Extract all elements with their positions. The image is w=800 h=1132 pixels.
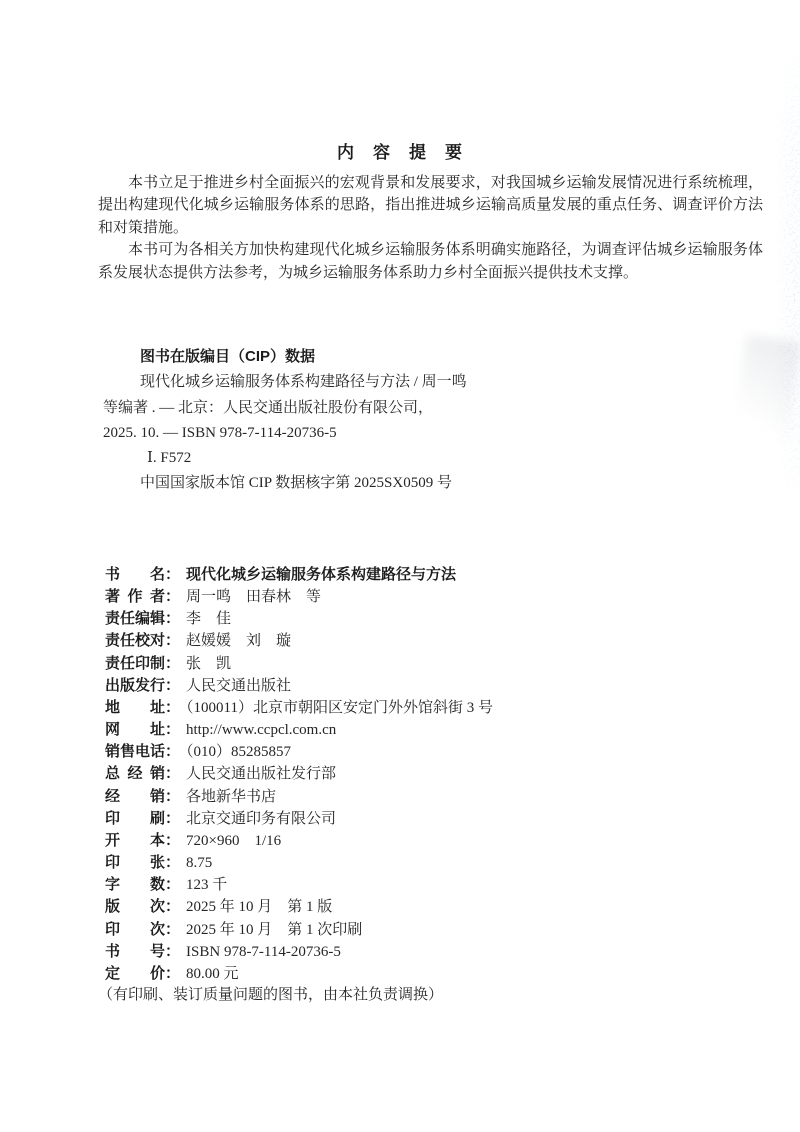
summary-body: 本书立足于推进乡村全面振兴的宏观背景和发展要求，对我国城乡运输发展情况进行系统梳… — [98, 172, 763, 284]
colophon-row-label: 印刷 — [105, 808, 165, 829]
colophon-row: 定价：80.00 元 — [105, 963, 765, 985]
colophon-row-value: 123 千 — [186, 877, 227, 893]
colophon-row-colon: ： — [165, 854, 180, 871]
cip-line: 2025. 10. — ISBN 978-7-114-20736-5 — [103, 421, 743, 446]
scan-edge-noise-inner — [774, 26, 800, 506]
colophon-row: 印张：8.75 — [105, 852, 765, 874]
colophon-row-label: 地址 — [105, 697, 165, 718]
colophon-row-colon: ： — [165, 721, 180, 738]
colophon-row-value: 各地新华书店 — [186, 789, 276, 805]
colophon-row-label: 著作者 — [105, 586, 165, 607]
colophon-row-label: 责任校对 — [105, 630, 165, 651]
colophon-row-colon: ： — [165, 632, 180, 649]
colophon-row-value: 8.75 — [186, 855, 212, 871]
colophon-row-label: 销售电话 — [105, 741, 165, 762]
colophon-row-colon: ： — [165, 677, 180, 694]
colophon-row: 责任校对：赵媛媛 刘 璇 — [105, 630, 765, 652]
colophon-row: 书名：现代化城乡运输服务体系构建路径与方法 — [105, 564, 765, 586]
copyright-page: 内 容 提 要 本书立足于推进乡村全面振兴的宏观背景和发展要求，对我国城乡运输发… — [0, 0, 800, 1132]
colophon-row-colon: ： — [165, 788, 180, 805]
colophon-row: 出版发行：人民交通出版社 — [105, 675, 765, 697]
colophon-row: 网址：http://www.ccpcl.com.cn — [105, 719, 765, 741]
colophon-row: 印刷：北京交通印务有限公司 — [105, 808, 765, 830]
colophon-row-colon: ： — [165, 921, 180, 938]
cip-line: 等编著 . — 北京：人民交通出版社股份有限公司， — [103, 396, 743, 421]
summary-paragraph: 本书立足于推进乡村全面振兴的宏观背景和发展要求，对我国城乡运输发展情况进行系统梳… — [98, 172, 763, 239]
colophon-row: 印次：2025 年 10 月 第 1 次印刷 — [105, 919, 765, 941]
colophon-row-colon: ： — [165, 832, 180, 849]
colophon-row-label: 字数 — [105, 874, 165, 895]
colophon-row-value: 80.00 元 — [186, 966, 239, 982]
colophon-row-value: 现代化城乡运输服务体系构建路径与方法 — [186, 566, 456, 583]
colophon-row-colon: ： — [165, 566, 180, 583]
colophon-row-colon: ： — [165, 898, 180, 915]
cip-line: Ⅰ. F572 — [103, 446, 743, 471]
cip-block: 图书在版编目（CIP）数据 现代化城乡运输服务体系构建路径与方法 / 周一鸣等编… — [103, 344, 743, 497]
colophon-row: 字数：123 千 — [105, 874, 765, 896]
colophon-row-value: http://www.ccpcl.com.cn — [186, 722, 336, 738]
colophon-row: 著作者：周一鸣 田春林 等 — [105, 586, 765, 608]
colophon-row-label: 定价 — [105, 963, 165, 984]
colophon-row: 总经销：人民交通出版社发行部 — [105, 763, 765, 785]
colophon-row-value: 人民交通出版社 — [186, 678, 291, 694]
colophon-row: 开本：720×960 1/16 — [105, 830, 765, 852]
cip-line: 中国国家版本馆 CIP 数据核字第 2025SX0509 号 — [103, 471, 743, 496]
colophon-row-value: 周一鸣 田春林 等 — [186, 589, 321, 605]
summary-paragraph: 本书可为各相关方加快构建现代化城乡运输服务体系明确实施路径，为调查评估城乡运输服… — [98, 239, 763, 284]
summary-title: 内 容 提 要 — [0, 138, 800, 163]
colophon-block: 书名：现代化城乡运输服务体系构建路径与方法著作者：周一鸣 田春林 等责任编辑：李… — [105, 564, 765, 1006]
cip-lines: 现代化城乡运输服务体系构建路径与方法 / 周一鸣等编著 . — 北京：人民交通出… — [103, 370, 743, 496]
colophon-row-value: 张 凯 — [186, 656, 231, 672]
colophon-row-value: ISBN 978-7-114-20736-5 — [186, 944, 341, 960]
colophon-row-value: 2025 年 10 月 第 1 版 — [186, 899, 332, 915]
colophon-row-colon: ： — [165, 699, 180, 716]
colophon-row-colon: ： — [165, 876, 180, 893]
colophon-row-value: （010）85285857 — [186, 744, 291, 760]
colophon-row-label: 印张 — [105, 852, 165, 873]
colophon-row-colon: ： — [165, 810, 180, 827]
colophon-row-colon: ： — [165, 965, 180, 982]
colophon-row: 地址：（100011）北京市朝阳区安定门外外馆斜街 3 号 — [105, 697, 765, 719]
colophon-row-colon: ： — [165, 743, 180, 760]
colophon-row-label: 责任印制 — [105, 653, 165, 674]
colophon-row-label: 书号 — [105, 941, 165, 962]
colophon-row: 经销：各地新华书店 — [105, 786, 765, 808]
colophon-row-label: 印次 — [105, 919, 165, 940]
colophon-row: 销售电话：（010）85285857 — [105, 741, 765, 763]
colophon-row-value: 北京交通印务有限公司 — [186, 811, 336, 827]
colophon-rows: 书名：现代化城乡运输服务体系构建路径与方法著作者：周一鸣 田春林 等责任编辑：李… — [105, 564, 765, 985]
colophon-row: 版次：2025 年 10 月 第 1 版 — [105, 896, 765, 918]
colophon-row-value: 720×960 1/16 — [186, 833, 281, 849]
scan-edge-noise — [774, 26, 800, 506]
colophon-row-colon: ： — [165, 655, 180, 672]
colophon-row-value: 2025 年 10 月 第 1 次印刷 — [186, 922, 362, 938]
colophon-note: （有印刷、装订质量问题的图书，由本社负责调换） — [98, 985, 765, 1006]
colophon-row-label: 责任编辑 — [105, 608, 165, 629]
colophon-row-label: 经销 — [105, 786, 165, 807]
colophon-row: 责任印制：张 凯 — [105, 653, 765, 675]
colophon-row-label: 版次 — [105, 896, 165, 917]
noise-texture — [774, 26, 800, 506]
colophon-row-colon: ： — [165, 588, 180, 605]
cip-header: 图书在版编目（CIP）数据 — [103, 344, 743, 369]
colophon-row-colon: ： — [165, 765, 180, 782]
colophon-row-value: 赵媛媛 刘 璇 — [186, 633, 291, 649]
colophon-row-value: 李 佳 — [186, 611, 231, 627]
colophon-row-value: （100011）北京市朝阳区安定门外外馆斜街 3 号 — [186, 700, 493, 716]
colophon-row-colon: ： — [165, 610, 180, 627]
colophon-row-label: 总经销 — [105, 763, 165, 784]
colophon-row-label: 网址 — [105, 719, 165, 740]
colophon-row-colon: ： — [165, 943, 180, 960]
cip-line: 现代化城乡运输服务体系构建路径与方法 / 周一鸣 — [103, 370, 743, 395]
colophon-row-label: 书名 — [105, 564, 165, 585]
colophon-row-label: 开本 — [105, 830, 165, 851]
colophon-row-label: 出版发行 — [105, 675, 165, 696]
colophon-row: 责任编辑：李 佳 — [105, 608, 765, 630]
colophon-row: 书号：ISBN 978-7-114-20736-5 — [105, 941, 765, 963]
colophon-row-value: 人民交通出版社发行部 — [186, 766, 336, 782]
